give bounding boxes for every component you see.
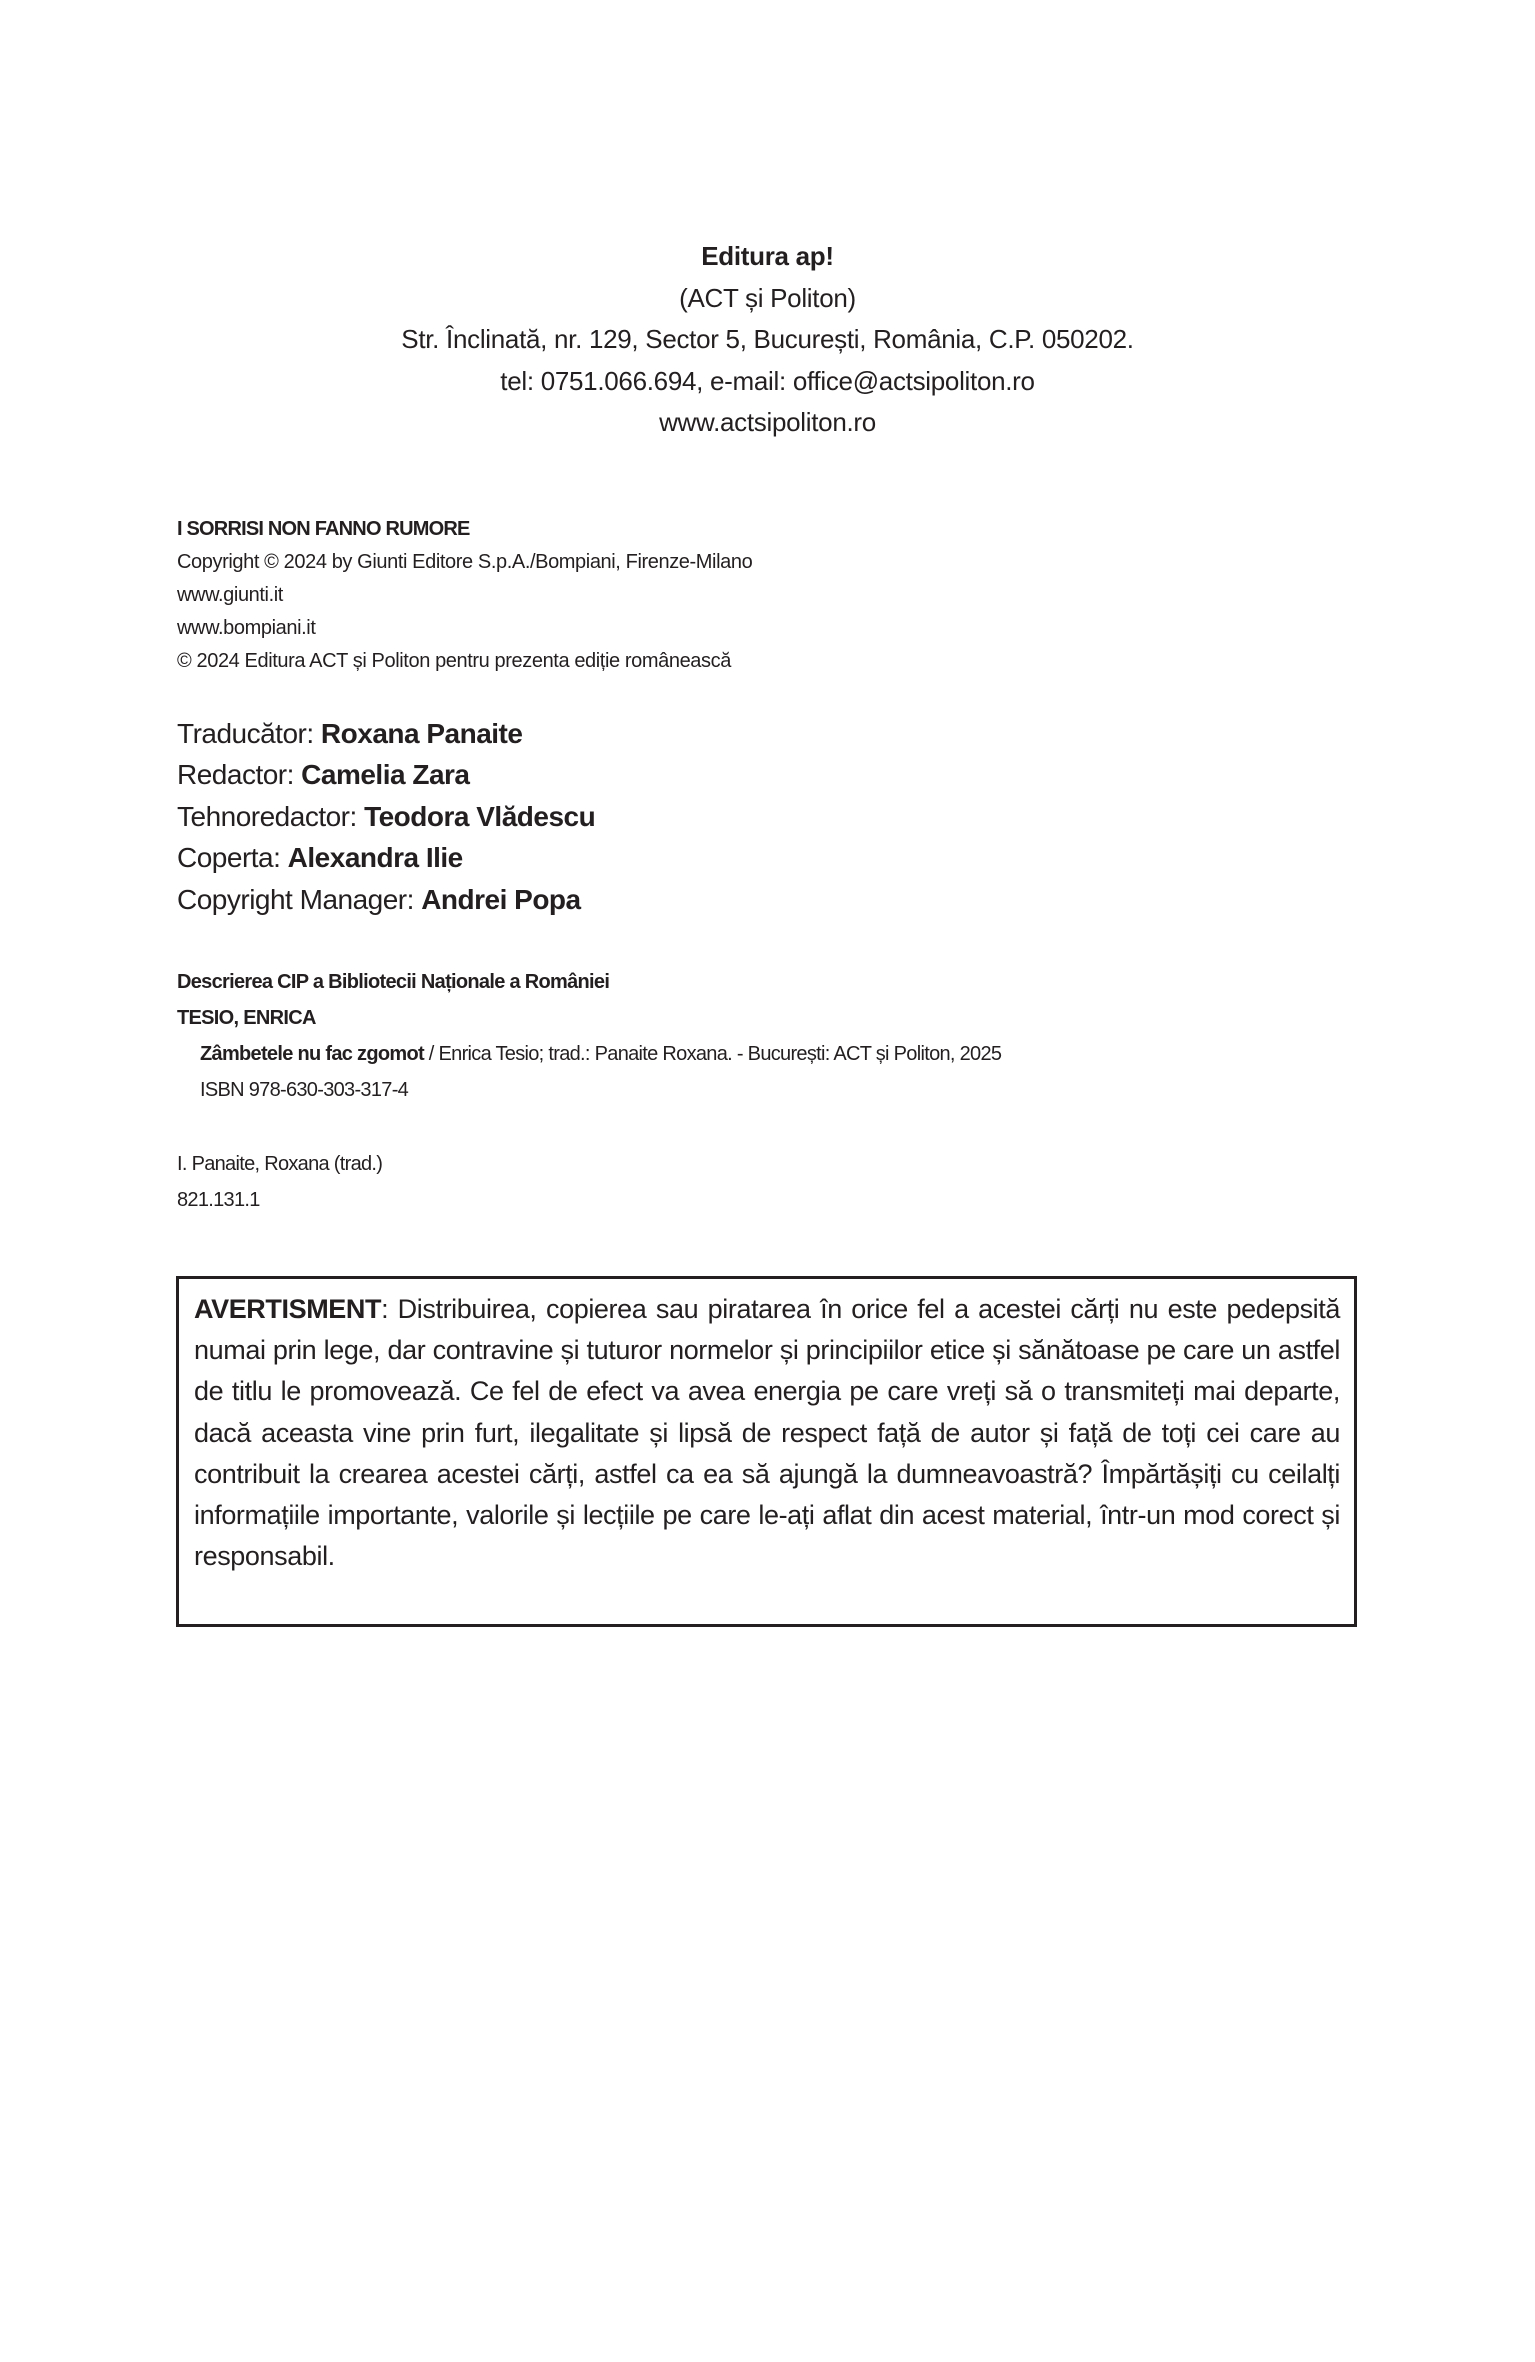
romanian-edition-copyright: © 2024 Editura ACT și Politon pentru pre… bbox=[177, 645, 752, 678]
cip-classification: 821.131.1 bbox=[177, 1182, 1001, 1218]
publisher-address: Str. Înclinată, nr. 129, Sector 5, Bucur… bbox=[0, 319, 1535, 361]
cip-author: TESIO, ENRICA bbox=[177, 1000, 1001, 1036]
cip-title-details: / Enrica Tesio; trad.: Panaite Roxana. -… bbox=[424, 1043, 1001, 1065]
cip-isbn: ISBN 978-630-303-317-4 bbox=[177, 1072, 1001, 1108]
warning-label: AVERTISMENT bbox=[194, 1294, 381, 1324]
credit-person: Alexandra Ilie bbox=[288, 842, 463, 873]
credit-person: Andrei Popa bbox=[421, 884, 580, 915]
credit-role: Redactor: bbox=[177, 759, 301, 790]
credit-person: Camelia Zara bbox=[301, 759, 469, 790]
credit-role: Traducător: bbox=[177, 718, 321, 749]
copyright-block: I SORRISI NON FANNO RUMORE Copyright © 2… bbox=[177, 513, 752, 678]
copyright-page: Editura ap! (ACT și Politon) Str. Înclin… bbox=[0, 0, 1535, 2362]
cip-index-entry: I. Panaite, Roxana (trad.) bbox=[177, 1146, 1001, 1182]
link-giunti: www.giunti.it bbox=[177, 579, 752, 612]
credit-role: Coperta: bbox=[177, 842, 288, 873]
warning-box: AVERTISMENT: Distribuirea, copierea sau … bbox=[176, 1276, 1357, 1627]
credit-person: Teodora Vlădescu bbox=[364, 801, 595, 832]
publisher-imprint: (ACT și Politon) bbox=[0, 278, 1535, 320]
link-bompiani: www.bompiani.it bbox=[177, 612, 752, 645]
cip-heading: Descrierea CIP a Bibliotecii Naționale a… bbox=[177, 964, 1001, 1000]
credit-person: Roxana Panaite bbox=[321, 718, 523, 749]
cip-title: Zâmbetele nu fac zgomot bbox=[200, 1043, 424, 1065]
publisher-name: Editura ap! bbox=[0, 236, 1535, 278]
credit-copyright-manager: Copyright Manager: Andrei Popa bbox=[177, 879, 595, 920]
cip-title-line: Zâmbetele nu fac zgomot / Enrica Tesio; … bbox=[177, 1036, 1001, 1072]
credit-typesetter: Tehnoredactor: Teodora Vlădescu bbox=[177, 796, 595, 837]
credit-editor: Redactor: Camelia Zara bbox=[177, 754, 595, 795]
cip-block: Descrierea CIP a Bibliotecii Naționale a… bbox=[177, 964, 1001, 1218]
credit-cover: Coperta: Alexandra Ilie bbox=[177, 837, 595, 878]
credit-role: Tehnoredactor: bbox=[177, 801, 364, 832]
credits-block: Traducător: Roxana Panaite Redactor: Cam… bbox=[177, 713, 595, 920]
warning-text: : Distribuirea, copierea sau piratarea î… bbox=[194, 1294, 1340, 1571]
cip-spacer bbox=[177, 1108, 1001, 1146]
publisher-website: www.actsipoliton.ro bbox=[0, 402, 1535, 444]
publisher-contact: tel: 0751.066.694, e-mail: office@actsip… bbox=[0, 361, 1535, 403]
publisher-header: Editura ap! (ACT și Politon) Str. Înclin… bbox=[0, 236, 1535, 444]
original-title: I SORRISI NON FANNO RUMORE bbox=[177, 513, 752, 546]
original-copyright: Copyright © 2024 by Giunti Editore S.p.A… bbox=[177, 546, 752, 579]
credit-translator: Traducător: Roxana Panaite bbox=[177, 713, 595, 754]
credit-role: Copyright Manager: bbox=[177, 884, 421, 915]
